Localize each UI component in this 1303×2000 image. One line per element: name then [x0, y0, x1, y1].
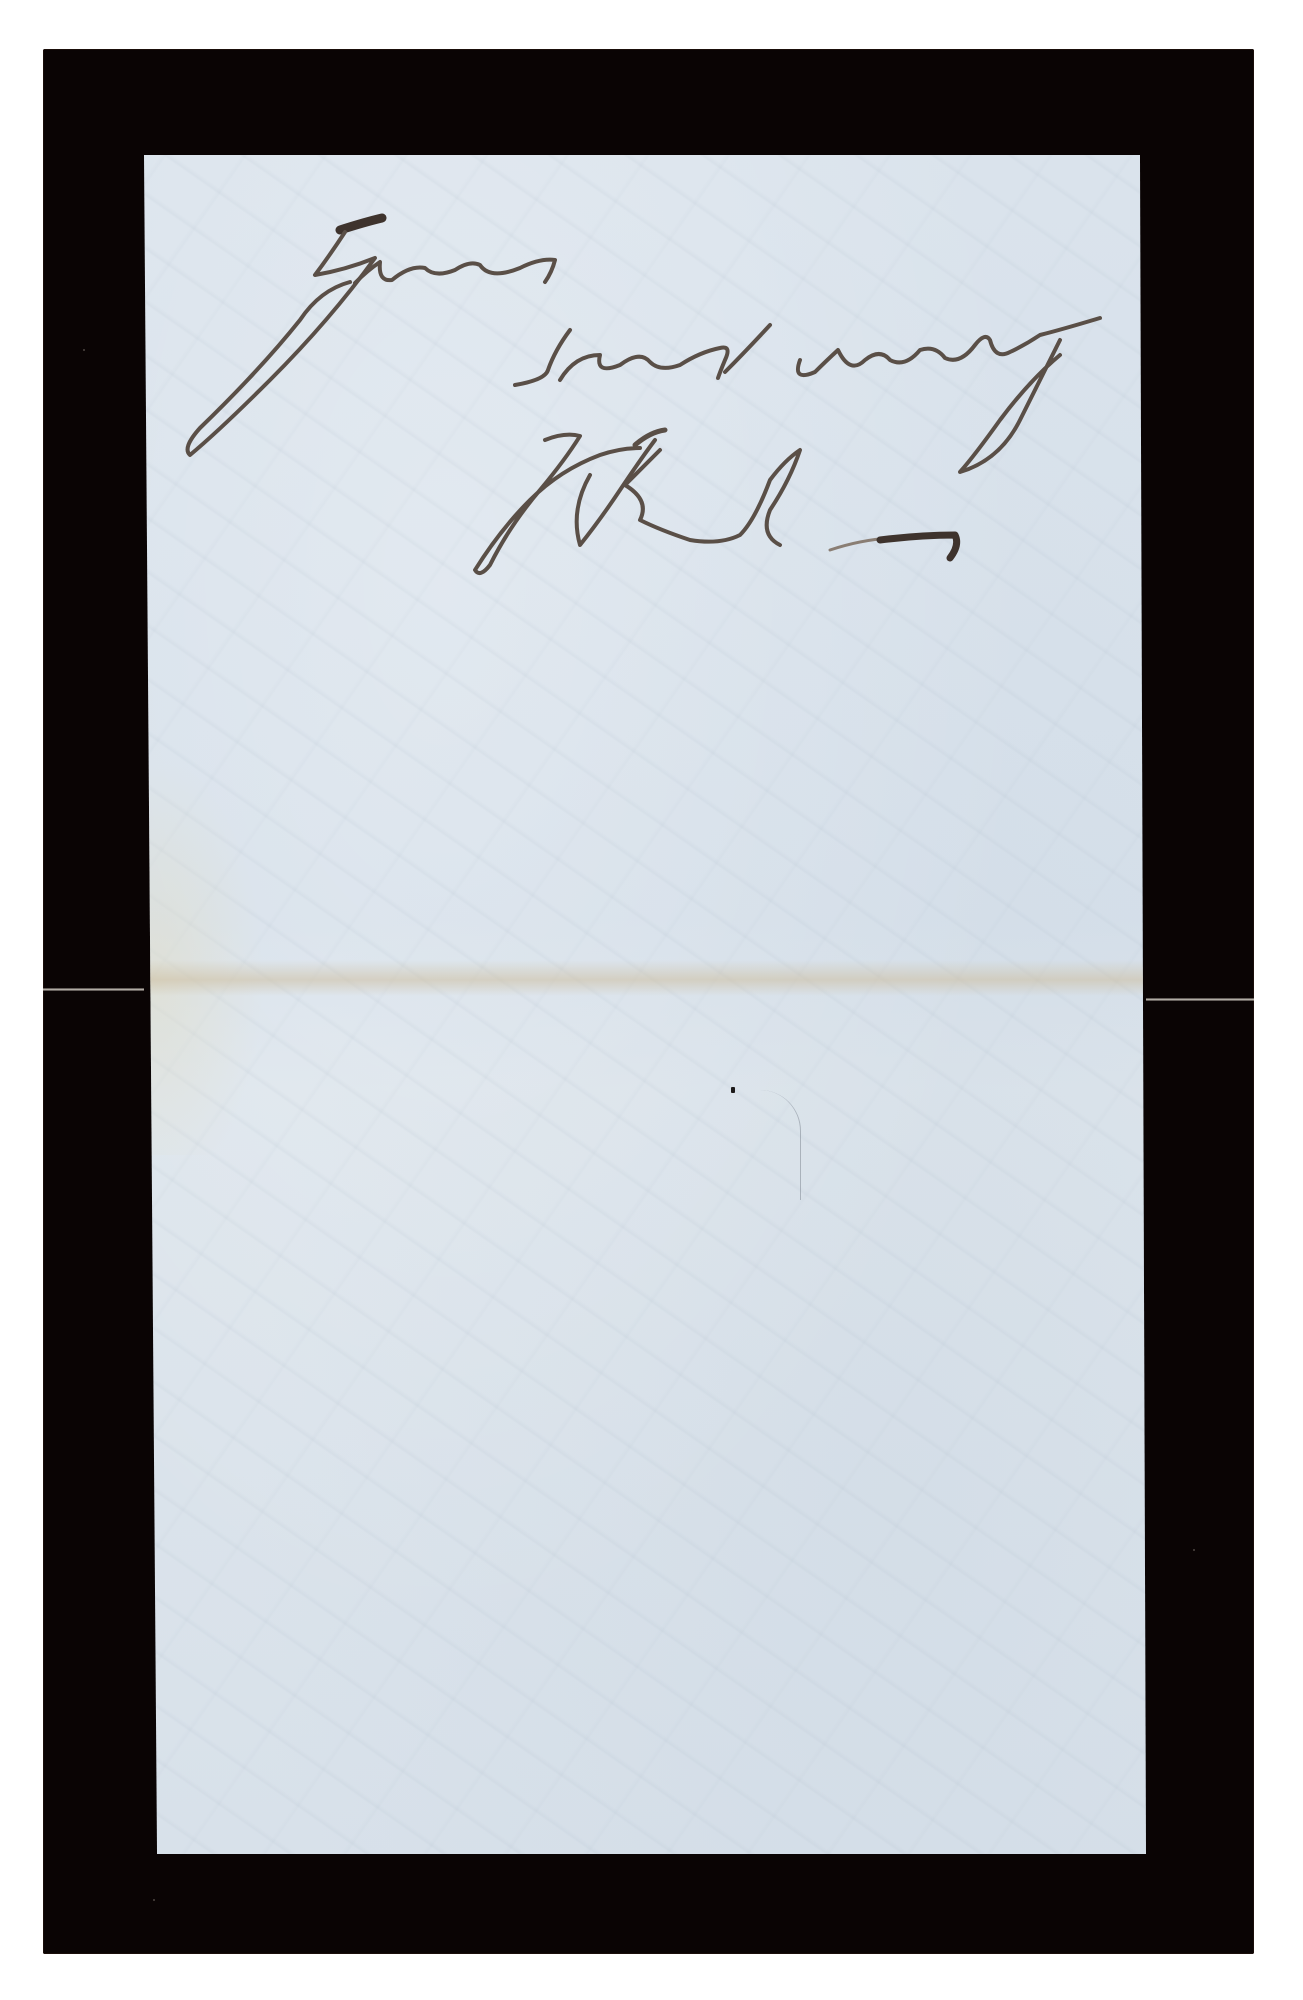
speck [153, 1899, 155, 1901]
letter-paper [144, 155, 1146, 1854]
fold-crease-left [43, 988, 144, 991]
fold-crease-right [1146, 998, 1254, 1001]
speck [1193, 1549, 1195, 1551]
reverse-show-through [144, 155, 1146, 1854]
fold-line [144, 960, 1146, 996]
ink-spot [731, 1087, 735, 1093]
speck [83, 349, 85, 351]
foxing-stain [144, 755, 264, 1155]
